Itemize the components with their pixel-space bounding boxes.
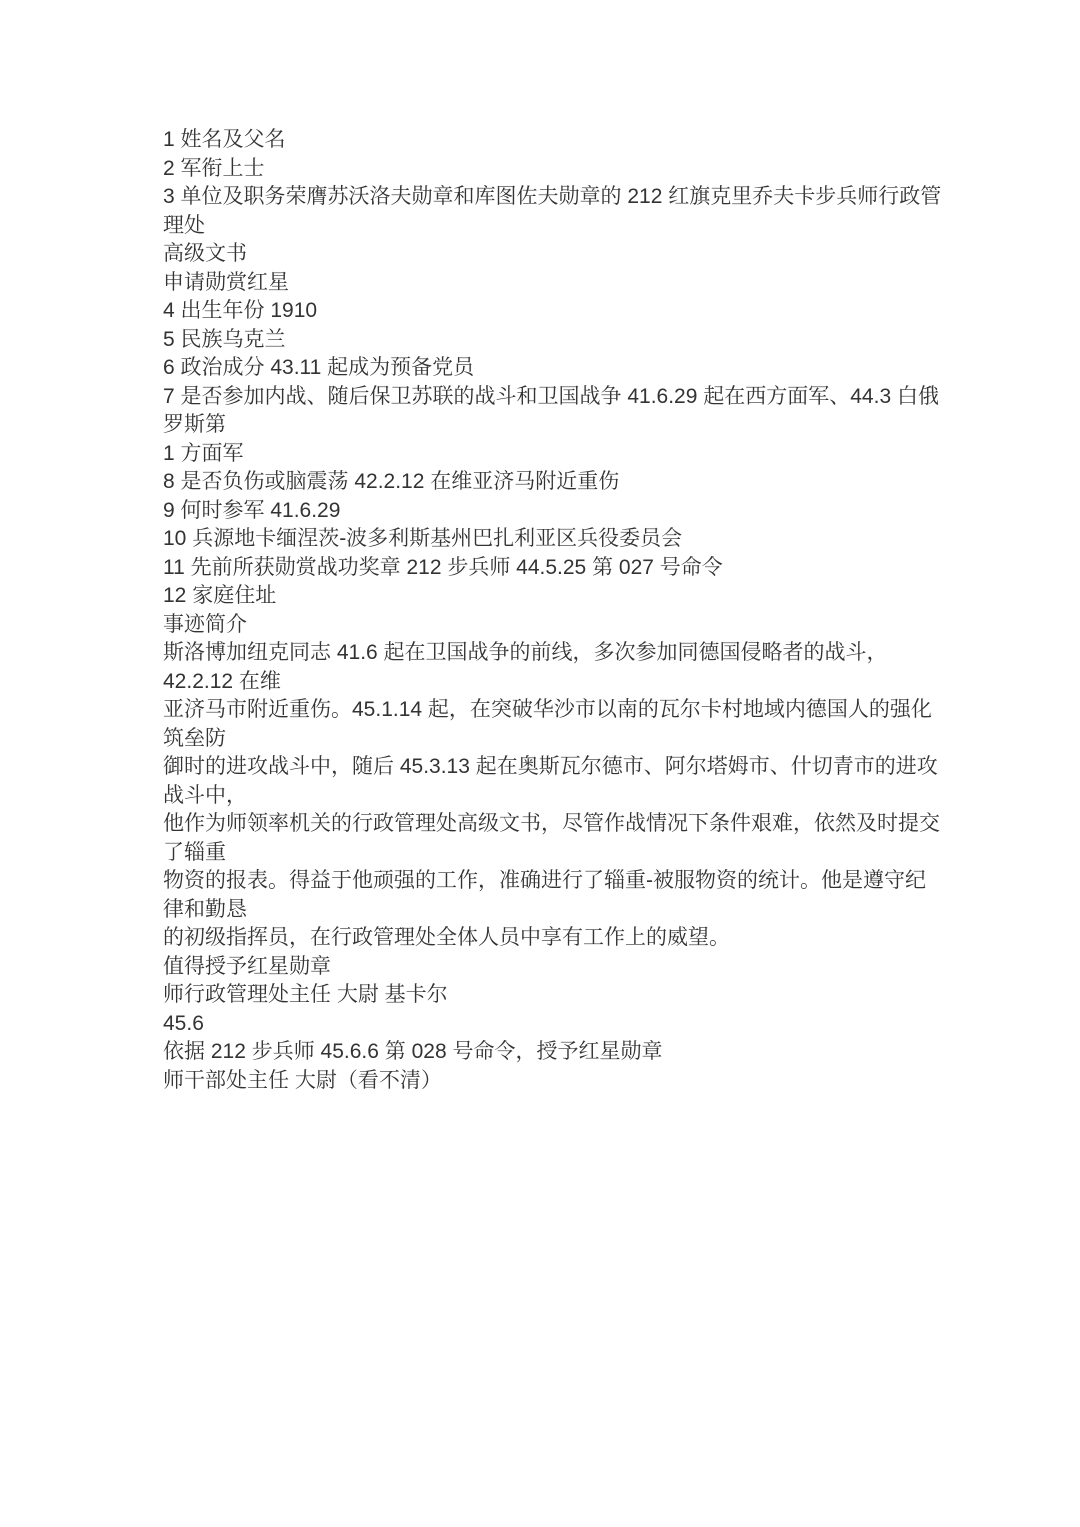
document-line: 高级文书 [163, 240, 945, 269]
document-line: 10 兵源地卡缅涅茨-波多利斯基州巴扎利亚区兵役委员会 [163, 525, 945, 554]
document-line: 11 先前所获勋赏战功奖章 212 步兵师 44.5.25 第 027 号命令 [163, 554, 945, 583]
document-line: 亚济马市附近重伤。45.1.14 起，在突破华沙市以南的瓦尔卡村地域内德国人的强… [163, 696, 945, 753]
document-line: 他作为师领率机关的行政管理处高级文书，尽管作战情况下条件艰难，依然及时提交了辎重 [163, 810, 945, 867]
document-line: 师行政管理处主任 大尉 基卡尔 [163, 981, 945, 1010]
text-block: 1 姓名及父名2 军衔上士3 单位及职务荣膺苏沃洛夫勋章和库图佐夫勋章的 212… [163, 126, 945, 1095]
document-line: 7 是否参加内战、随后保卫苏联的战斗和卫国战争 41.6.29 起在西方面军、4… [163, 383, 945, 440]
document-line: 事迹简介 [163, 611, 945, 640]
document-line: 值得授予红星勋章 [163, 953, 945, 982]
document-line: 1 姓名及父名 [163, 126, 945, 155]
document-page: 1 姓名及父名2 军衔上士3 单位及职务荣膺苏沃洛夫勋章和库图佐夫勋章的 212… [0, 0, 1080, 1527]
document-line: 申请勋赏红星 [163, 269, 945, 298]
document-line: 2 军衔上士 [163, 155, 945, 184]
document-line: 师干部处主任 大尉（看不清） [163, 1067, 945, 1096]
document-line: 12 家庭住址 [163, 582, 945, 611]
document-line: 6 政治成分 43.11 起成为预备党员 [163, 354, 945, 383]
document-line: 3 单位及职务荣膺苏沃洛夫勋章和库图佐夫勋章的 212 红旗克里乔夫卡步兵师行政… [163, 183, 945, 240]
document-line: 1 方面军 [163, 440, 945, 469]
document-line: 4 出生年份 1910 [163, 297, 945, 326]
document-line: 依据 212 步兵师 45.6.6 第 028 号命令，授予红星勋章 [163, 1038, 945, 1067]
document-line: 御时的进攻战斗中，随后 45.3.13 起在奥斯瓦尔德市、阿尔塔姆市、什切青市的… [163, 753, 945, 810]
document-line: 的初级指挥员，在行政管理处全体人员中享有工作上的威望。 [163, 924, 945, 953]
document-line: 物资的报表。得益于他顽强的工作，准确进行了辎重-被服物资的统计。他是遵守纪律和勤… [163, 867, 945, 924]
document-line: 斯洛博加纽克同志 41.6 起在卫国战争的前线，多次参加同德国侵略者的战斗，42… [163, 639, 945, 696]
document-line: 45.6 [163, 1010, 945, 1039]
document-line: 9 何时参军 41.6.29 [163, 497, 945, 526]
document-line: 8 是否负伤或脑震荡 42.2.12 在维亚济马附近重伤 [163, 468, 945, 497]
document-line: 5 民族乌克兰 [163, 326, 945, 355]
